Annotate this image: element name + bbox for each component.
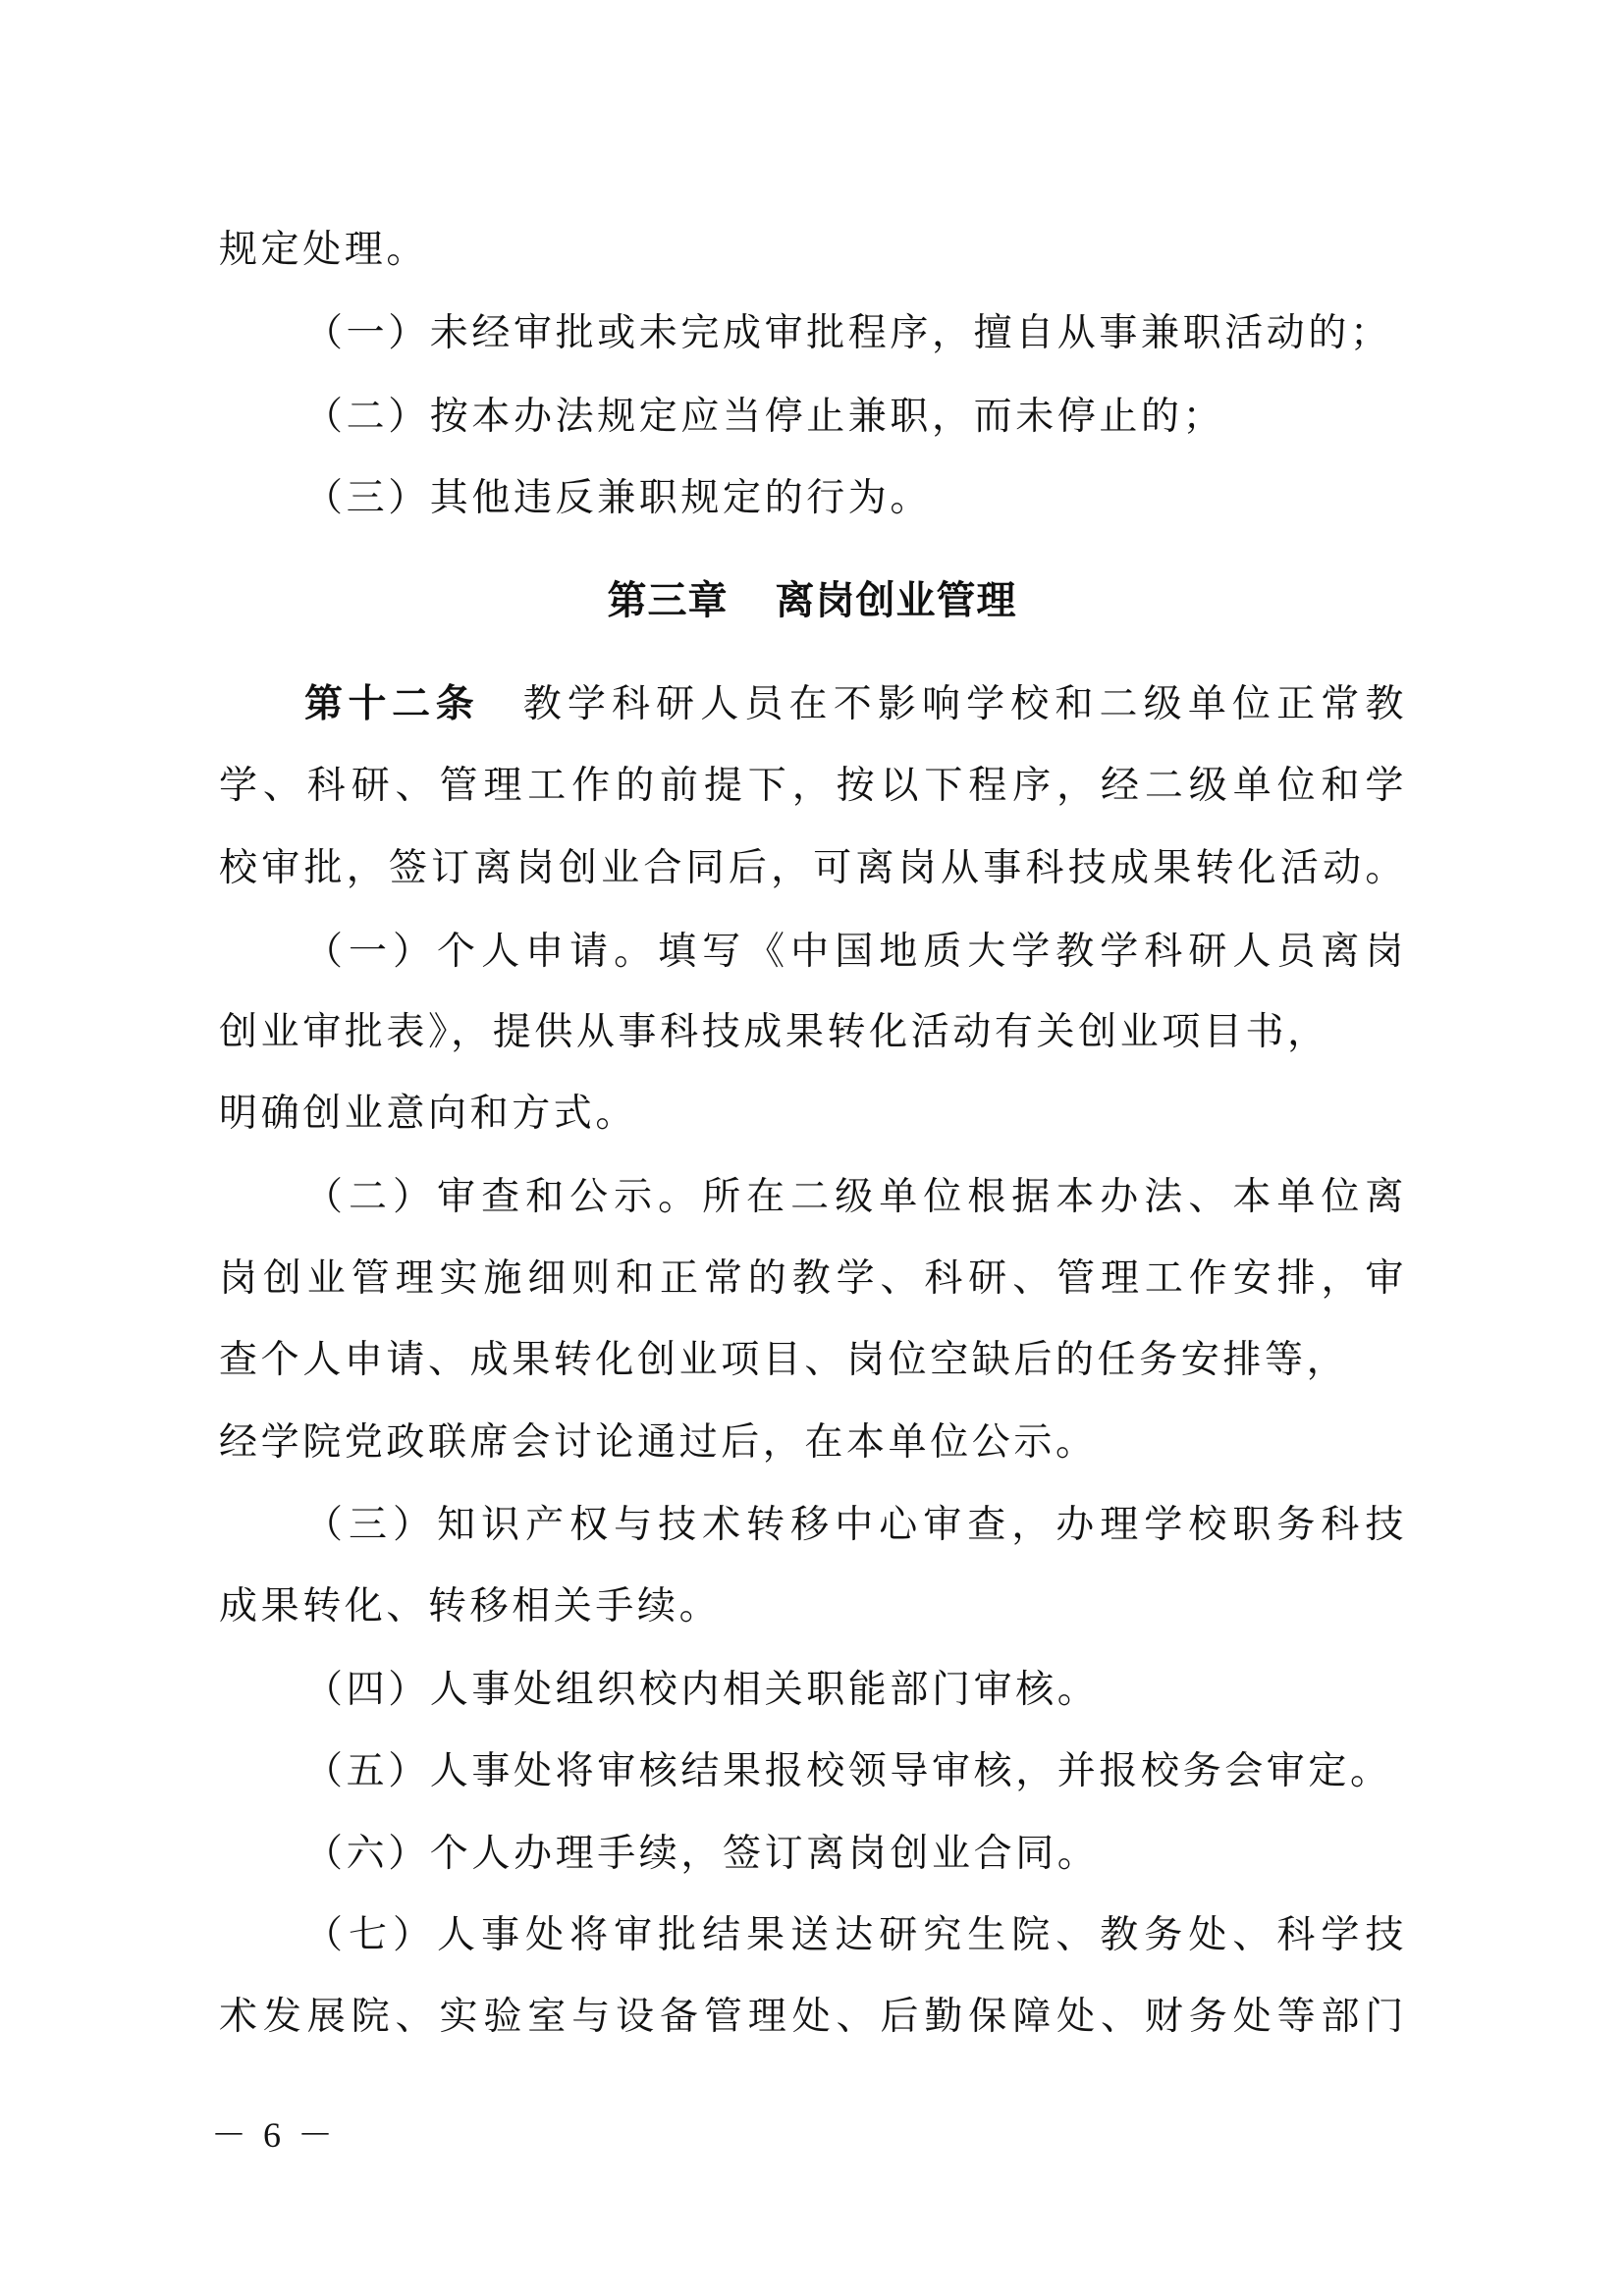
list-item: （一）未经审批或未完成审批程序，擅自从事兼职活动的； [304,293,1407,375]
article-label: 第十二条 [304,682,479,726]
list-item: （六）个人办理手续，签订离岗创业合同。 [304,1813,1407,1896]
paragraph-line: 术发展院、实验室与设备管理处、后勤保障处、财务处等部门 [219,1976,1407,2058]
list-item: （一）个人申请。填写《中国地质大学教学科研人员离岗 [304,911,1407,993]
list-item: （七）人事处将审批结果送达研究生院、教务处、科学技 [304,1895,1407,1977]
list-item: （五）人事处将审核结果报校领导审核，并报校务会审定。 [304,1731,1407,1813]
list-item: （三）知识产权与技术转移中心审查，办理学校职务科技 [304,1484,1407,1567]
article-text: 教学科研人员在不影响学校和二级单位正常教 [520,682,1407,726]
paragraph-line: 规定处理。 [219,209,1407,292]
paragraph-line: 岗创业管理实施细则和正常的教学、科研、管理工作安排，审 [219,1238,1407,1320]
list-item: （二）审查和公示。所在二级单位根据本办法、本单位离 [304,1156,1407,1239]
paragraph-line: 明确创业意向和方式。 [219,1073,1407,1155]
list-item: （三）其他违反兼职规定的行为。 [304,457,1407,540]
paragraph-line: 校审批，签订离岗创业合同后，可离岗从事科技成果转化活动。 [219,828,1407,910]
list-item: （二）按本办法规定应当停止兼职，而未停止的； [304,376,1407,458]
chapter-title: 离岗创业管理 [776,560,1017,642]
paragraph-line: 查个人申请、成果转化创业项目、岗位空缺后的任务安排等， [219,1319,1407,1402]
paragraph-line: 创业审批表》，提供从事科技成果转化活动有关创业项目书， [219,991,1407,1074]
document-page: 规定处理。 （一）未经审批或未完成审批程序，擅自从事兼职活动的； （二）按本办法… [0,0,1624,2296]
chapter-number: 第三章 [608,560,729,642]
page-number: － 6 － [211,2110,337,2160]
list-item: （四）人事处组织校内相关职能部门审核。 [304,1649,1407,1732]
paragraph-line: 经学院党政联席会讨论通过后，在本单位公示。 [219,1402,1407,1484]
paragraph-line: 学、科研、管理工作的前提下，按以下程序，经二级单位和学 [219,745,1407,828]
chapter-heading: 第三章离岗创业管理 [0,560,1624,642]
paragraph-line: 成果转化、转移相关手续。 [219,1566,1407,1648]
article-first-line: 第十二条教学科研人员在不影响学校和二级单位正常教 [304,664,1407,746]
